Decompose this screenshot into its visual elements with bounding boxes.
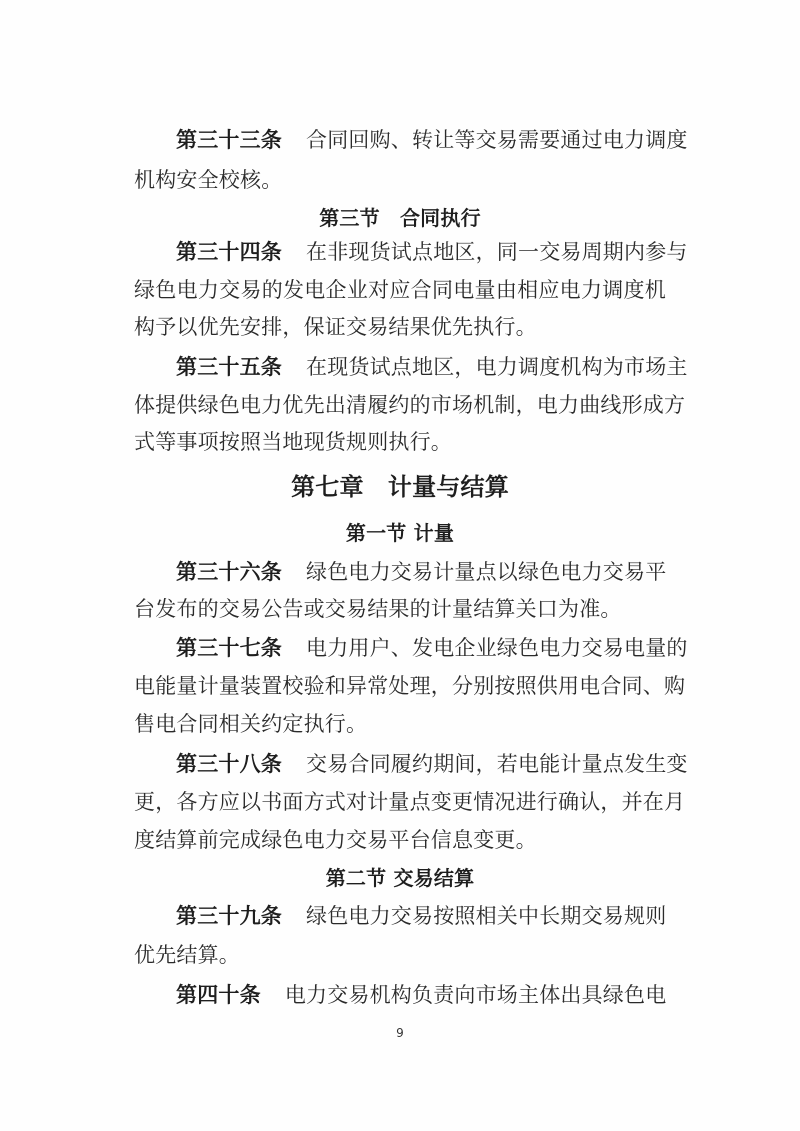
section-heading: 第一节 计量 — [134, 514, 666, 552]
article-label: 第三十五条 — [176, 355, 282, 379]
article-38-line-3: 度结算前完成绿色电力交易平台信息变更。 — [134, 821, 666, 859]
article-40-line-1: 第四十条电力交易机构负责向市场主体出具绿色电 — [134, 976, 666, 1014]
article-39-line-1: 第三十九条绿色电力交易按照相关中长期交易规则 — [134, 897, 666, 935]
article-label: 第三十四条 — [176, 240, 282, 264]
article-text: 合同回购、转让等交易需要通过电力调度 — [306, 128, 688, 152]
article-36-line-1: 第三十六条绿色电力交易计量点以绿色电力交易平 — [134, 553, 666, 591]
article-37-line-1: 第三十七条电力用户、发电企业绿色电力交易电量的 — [134, 629, 666, 667]
article-38-line-1: 第三十八条交易合同履约期间，若电能计量点发生变 — [134, 745, 666, 783]
article-36-line-2: 台发布的交易公告或交易结果的计量结算关口为准。 — [134, 590, 666, 628]
article-37-line-2: 电能量计量装置校验和异常处理，分别按照供用电合同、购 — [134, 667, 666, 705]
article-text: 绿色电力交易按照相关中长期交易规则 — [306, 904, 666, 928]
article-35-line-1: 第三十五条在现货试点地区，电力调度机构为市场主 — [134, 348, 666, 386]
article-33-line-2: 机构安全校核。 — [134, 161, 666, 199]
article-34-line-2: 绿色电力交易的发电企业对应合同电量由相应电力调度机 — [134, 271, 666, 309]
article-label: 第三十三条 — [176, 128, 282, 152]
section-heading: 第三节 合同执行 — [134, 199, 666, 237]
article-label: 第三十九条 — [176, 904, 282, 928]
article-37-line-3: 售电合同相关约定执行。 — [134, 705, 666, 743]
article-label: 第三十七条 — [176, 636, 282, 660]
article-text: 电力用户、发电企业绿色电力交易电量的 — [306, 636, 688, 660]
article-34-line-3: 构予以优先安排，保证交易结果优先执行。 — [134, 308, 666, 346]
article-35-line-2: 体提供绿色电力优先出清履约的市场机制，电力曲线形成方 — [134, 386, 666, 424]
section-heading: 第二节 交易结算 — [134, 859, 666, 897]
chapter-heading: 第七章 计量与结算 — [134, 468, 666, 506]
article-label: 第三十八条 — [176, 752, 282, 776]
page-number: 9 — [0, 1026, 800, 1040]
article-text: 绿色电力交易计量点以绿色电力交易平 — [306, 560, 666, 584]
article-text: 电力交易机构负责向市场主体出具绿色电 — [285, 983, 667, 1007]
article-label: 第三十六条 — [176, 560, 282, 584]
article-34-line-1: 第三十四条在非现货试点地区，同一交易周期内参与 — [134, 233, 666, 271]
document-page: 第三十三条合同回购、转让等交易需要通过电力调度 机构安全校核。 第三节 合同执行… — [0, 0, 800, 1131]
article-39-line-2: 优先结算。 — [134, 936, 666, 974]
article-33-line-1: 第三十三条合同回购、转让等交易需要通过电力调度 — [134, 121, 666, 159]
article-38-line-2: 更，各方应以书面方式对计量点变更情况进行确认，并在月 — [134, 783, 666, 821]
article-text: 在非现货试点地区，同一交易周期内参与 — [306, 240, 688, 264]
article-text: 在现货试点地区，电力调度机构为市场主 — [306, 355, 688, 379]
article-35-line-3: 式等事项按照当地现货规则执行。 — [134, 423, 666, 461]
article-label: 第四十条 — [176, 983, 261, 1007]
article-text: 交易合同履约期间，若电能计量点发生变 — [306, 752, 688, 776]
